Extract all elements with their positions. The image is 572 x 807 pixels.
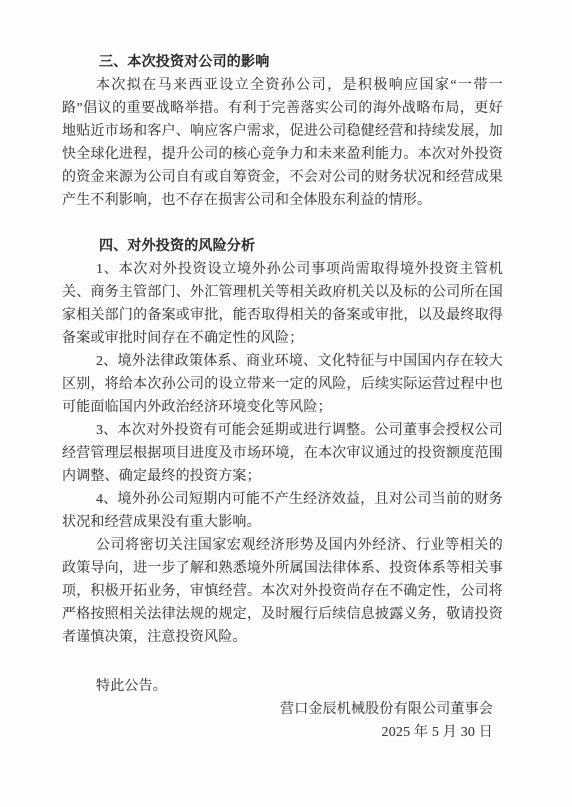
section-heading-risk-analysis: 四、对外投资的风险分析 (62, 235, 503, 258)
risk-item-3: 3、本次对外投资有可能会延期或进行调整。公司董事会授权公司经营管理层根据项目进度… (62, 419, 503, 488)
risk-item-1: 1、本次对外投资设立境外孙公司事项尚需取得境外投资主管机关、商务主管部门、外汇管… (62, 258, 503, 350)
risk-item-4: 4、境外孙公司短期内可能不产生经济效益，且对公司当前的财务状况和经营成果没有重大… (62, 488, 503, 534)
document-page: 三、本次投资对公司的影响 本次拟在马来西亚设立全资孙公司，是积极响应国家“一带一… (0, 0, 572, 807)
risk-closing-paragraph: 公司将密切关注国家宏观经济形势及国内外经济、行业等相关的政策导向，进一步了解和熟… (62, 534, 503, 649)
section-heading-impact: 三、本次投资对公司的影响 (62, 51, 503, 74)
impact-paragraph: 本次拟在马来西亚设立全资孙公司，是积极响应国家“一带一路”倡议的重要战略举措。有… (62, 74, 503, 212)
signature-board: 营口金辰机械股份有限公司董事会 (62, 698, 503, 721)
closing-statement: 特此公告。 (62, 675, 503, 698)
announcement-date: 2025 年 5 月 30 日 (62, 721, 503, 744)
risk-item-2: 2、境外法律政策体系、商业环境、文化特征与中国国内存在较大区别，将给本次孙公司的… (62, 350, 503, 419)
announcement-body: 三、本次投资对公司的影响 本次拟在马来西亚设立全资孙公司，是积极响应国家“一带一… (62, 51, 503, 744)
